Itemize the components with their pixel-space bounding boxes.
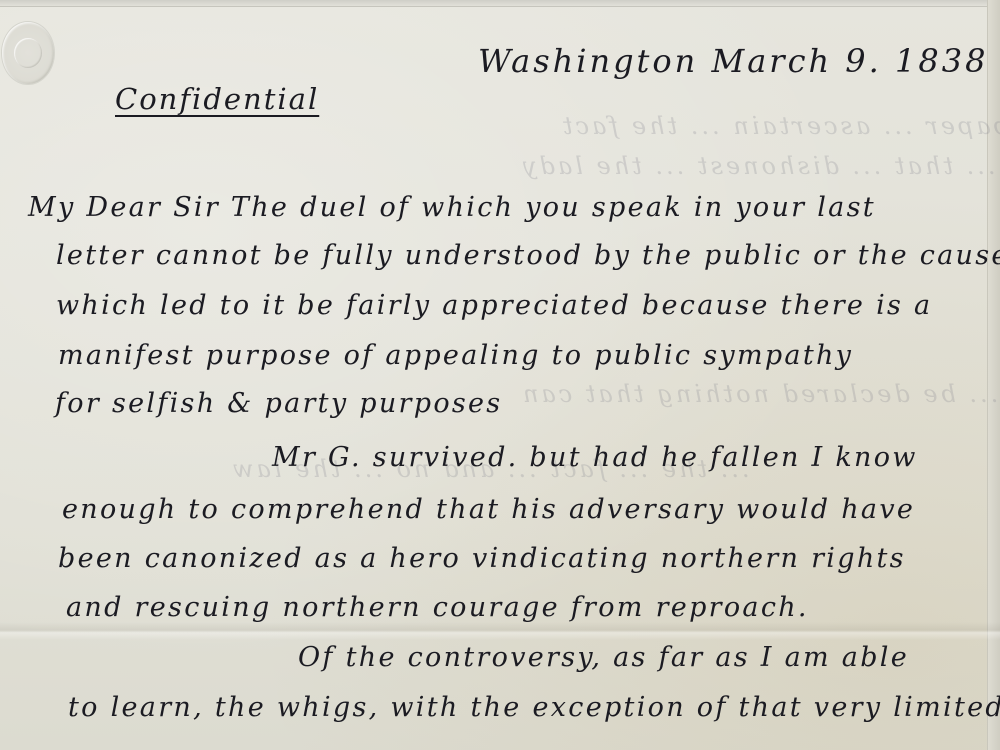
letter-page: ... the paper ... ascertain ... the fact…: [0, 0, 1000, 750]
letter-line: to learn, the whigs, with the exception …: [68, 692, 1000, 723]
letter-line: for selfish & party purposes: [55, 388, 502, 419]
bleed-through-text: ... nothing ... that ... dishonest ... t…: [520, 152, 1000, 180]
fold-crease: [0, 622, 1000, 640]
letter-line: been canonized as a hero vindicating nor…: [58, 543, 906, 574]
dateline: Washington March 9. 1838: [478, 42, 988, 80]
letter-line: enough to comprehend that his adversary …: [62, 494, 915, 525]
letter-line: manifest purpose of appealing to public …: [58, 340, 853, 371]
letter-line: Of the controversy, as far as I am able: [298, 642, 909, 673]
letter-line: and rescuing northern courage from repro…: [66, 592, 809, 623]
bleed-through-text: ... be declared nothing that can: [520, 380, 998, 408]
embossed-seal-icon: [2, 22, 54, 84]
bleed-through-text: ... the paper ... ascertain ... the fact: [560, 112, 1000, 140]
sheet-top-edge: [0, 0, 1000, 7]
letter-line: which led to it be fairly appreciated be…: [56, 290, 932, 321]
confidential-heading: Confidential: [115, 82, 319, 116]
letter-line: Mr G. survived. but had he fallen I know: [272, 442, 918, 473]
letter-line: My Dear Sir The duel of which you speak …: [28, 192, 876, 223]
letter-line: letter cannot be fully understood by the…: [56, 240, 1000, 271]
seal-crown-icon: [14, 38, 42, 68]
